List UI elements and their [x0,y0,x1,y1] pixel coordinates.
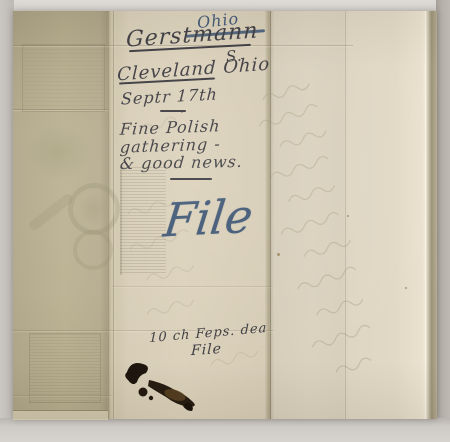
folded-letter-paper: Ohio Gerstmann S. Cleveland Ohio Septr 1… [13,11,437,419]
handwritten-date: Septr 17th [121,84,219,108]
foxing-speck [405,287,407,289]
vertical-crease-right-ridge [425,11,426,419]
photo-backdrop-right [436,0,450,442]
left-fold-panel-bottom-edge [13,410,108,420]
vertical-crease-3 [270,11,271,419]
vertical-crease-1 [108,11,109,419]
ink-blot [121,356,211,412]
vertical-crease-4 [345,11,346,419]
vertical-crease-2 [113,11,114,419]
photo-backdrop-left [0,0,14,442]
photograph-of-folded-letter: { "photo": { "backdrop_color": "#c7c3bf"… [0,0,450,442]
horizontal-crease-bottom-left [13,395,113,396]
note-divider-pen-stroke [170,178,212,180]
left-fold-panel [13,11,108,410]
ghost-text-block-center [120,167,166,275]
date-underline [160,110,186,112]
horizontal-crease-middle [113,286,273,287]
handwritten-note-line-3: & good news. [119,152,244,173]
horizontal-crease-left-upper [13,109,108,110]
foxing-speck [347,215,349,217]
handwritten-file-marking: File [161,188,256,247]
foxing-speck [277,253,280,256]
photo-backdrop-bottom [0,418,450,442]
